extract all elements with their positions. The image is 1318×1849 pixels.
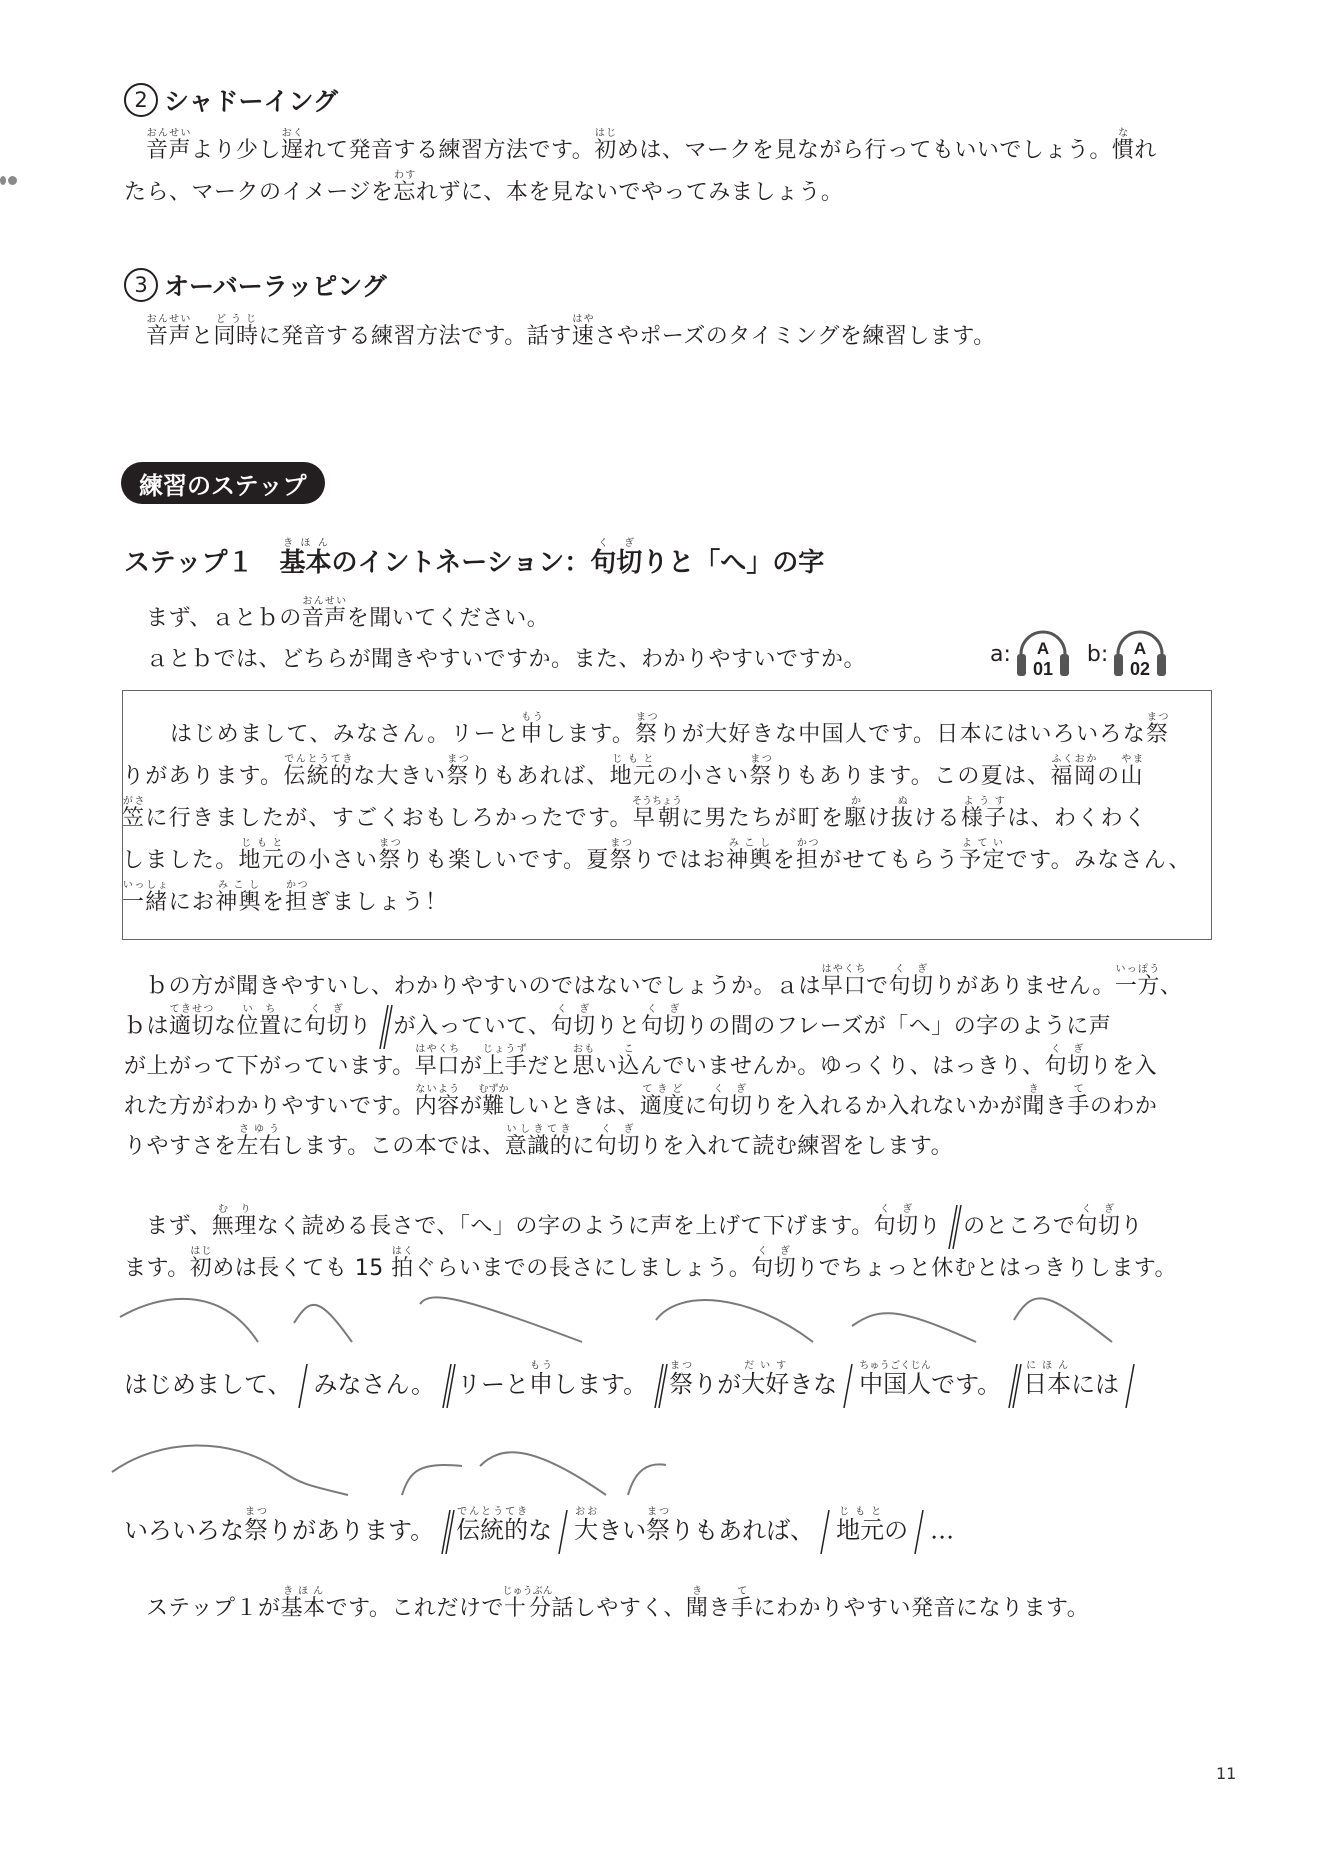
headphone-icon[interactable]: A 01 [1013,624,1073,684]
ruby-word: 一方いっぽう [1115,974,1160,999]
ruby-word: 句切くぎ [874,1214,919,1239]
step-1-intro-line-1: まず、ａとｂの音声おんせいを聞いてください。 [146,596,549,639]
ruby-word: 早朝そうちょう [633,806,681,831]
headphone-icon[interactable]: A 02 [1110,624,1170,684]
double-slash-mark [647,1364,669,1408]
phrase-chunk: 伝統的でんとうてきな [456,1516,552,1544]
ruby-word: 神輿みこし [726,848,773,873]
audio-track-a[interactable]: a: A 01 [990,624,1073,684]
ruby-word: 祭まつ [378,848,401,873]
ruby-word: 地元じもと [239,848,286,873]
section-2-title: シャドーイング [164,82,338,118]
ruby-word: 十分じゅうぶん [504,1596,552,1621]
single-slash-mark [814,1510,836,1554]
ruby-word: 山やま [1120,764,1143,789]
ruby-word: 中国人ちゅうごくじん [859,1370,931,1398]
ruby-word: 基本きほん [279,548,331,578]
ruby-word: 一緒いっしょ [122,890,169,915]
ruby-word: 手て [731,1596,754,1621]
phrase-chunk: 中国人ちゅうごくじんです。 [859,1370,1001,1398]
ruby-word: 日本にほん [1023,1370,1071,1398]
ruby-word: 聞き [1022,1094,1045,1119]
ruby-word: 句切くぎ [751,1256,796,1281]
phrase-chunk: はじめまして、 [124,1370,292,1398]
ruby-word: 祭まつ [1146,722,1169,747]
ruby-word: 祭まつ [610,848,633,873]
practice-steps-label: 練習のステップ [121,462,325,504]
circled-number-3: 3 [124,268,158,302]
ruby-word: 福岡ふくおか [1051,764,1098,789]
double-slash-mark [372,1005,394,1049]
instruction-line-2: ます。初はじめは長くても 15 拍はくぐらいまでの長さにしましょう。句切くぎりで… [124,1246,1177,1289]
ruby-word: 拍はく [391,1256,414,1281]
ruby-word: 早口はやくち [415,1054,460,1079]
ruby-word: 早口はやくち [821,974,866,999]
svg-text:A: A [1134,639,1146,658]
explanation-line-4: れた方がわかりやすいです。内容ないようが難むずかしいときは、適度てきどに句切くぎ… [124,1084,1157,1127]
explanation-line-3: が上がって下がっています。早口はやくちが上手じょうずだと思おもい込こんでいません… [124,1044,1157,1087]
section-3-heading: 3 オーバーラッピング [124,267,387,303]
ruby-word: 様子ようす [961,806,1008,831]
section-3-title: オーバーラッピング [164,267,387,303]
phrase-chunk: いろいろな祭まつりがあります。 [124,1516,434,1544]
explanation-line-1: ｂの方が聞きやすいし、わかりやすいのではないでしょうか。ａは早口はやくちで句切く… [146,964,1182,1007]
sample-passage-line-2: りがあります。伝統的でんとうてきな大きい祭まつりもあれば、地元じもとの小さい祭ま… [122,754,1144,798]
step-1-intro-line-2: ａとｂでは、どちらが聞きやすいですか。また、わかりやすいですか。 [146,640,866,680]
chunked-example-line-2: いろいろな祭まつりがあります。伝統的でんとうてきな大おおきい祭まつりもあれば、地… [124,1506,954,1554]
phrase-chunk: リーと申もうします。 [457,1370,647,1398]
ruby-word: 遅おく [281,138,304,163]
ruby-word: 初はじ [190,1256,213,1281]
ruby-word: 伝統的でんとうてき [283,764,353,789]
ruby-word: 句切くぎ [590,548,642,578]
ruby-word: 地元じもと [836,1516,884,1544]
ruby-word: 思おも [572,1054,595,1079]
ruby-word: 抜ぬ [891,806,914,831]
ruby-word: 手て [1067,1094,1090,1119]
phrase-chunk: … [930,1516,954,1544]
ruby-word: 祭まつ [244,1516,268,1544]
double-slash-mark [1001,1364,1023,1408]
ruby-word: 無理むり [212,1214,257,1239]
instruction-line-1: まず、無理むりなく読める長さで、「へ」の字のように声を上げて下げます。句切くぎり… [146,1204,1143,1249]
ruby-word: 句切くぎ [707,1094,752,1119]
ruby-word: 音声おんせい [146,138,191,163]
ruby-word: 祭まつ [669,1370,693,1398]
ruby-word: 申もう [520,722,543,747]
ruby-word: 忘わす [393,180,416,205]
ruby-word: 大好だいす [741,1370,789,1398]
single-slash-mark [1119,1364,1141,1408]
double-slash-mark [435,1364,457,1408]
ruby-word: 句切くぎ [1075,1214,1120,1239]
chunked-example-line-1: はじめまして、みなさん。リーと申もうします。祭まつりが大好だいすきな中国人ちゅう… [124,1360,1141,1408]
svg-text:A: A [1037,639,1049,658]
svg-text:01: 01 [1033,659,1053,679]
ruby-word: 祭まつ [646,1516,670,1544]
intonation-curves-line-2 [100,1440,1000,1500]
ruby-word: 担かつ [796,848,819,873]
ruby-word: 祭まつ [635,722,658,747]
audio-track-b[interactable]: b: A 02 [1087,624,1170,684]
ruby-word: 内容ないよう [415,1094,460,1119]
ruby-word: 基本きほん [281,1596,326,1621]
explanation-line-2: ｂは適切てきせつな位置いちに句切くぎりが入っていて、句切くぎりと句切くぎりの間の… [124,1004,1111,1049]
step-1-title: ステップ１ 基本きほんのイントネーション：句切くぎりと「へ」の字 [124,538,824,579]
intonation-curves-line-1 [100,1290,1160,1360]
ruby-word: 担かつ [285,890,308,915]
ruby-word: 初はじ [594,138,617,163]
ruby-word: 地元じもと [610,764,657,789]
ruby-word: 込こ [617,1054,640,1079]
ruby-word: 神輿みこし [215,890,262,915]
explanation-line-5: りやすさを左右さゆうします。この本では、意識的いしきてきに句切くぎりを入れて読む… [124,1124,953,1167]
ruby-word: 同時どうじ [214,324,259,349]
svg-text:02: 02 [1130,659,1150,679]
phrase-chunk: 地元じもとの [836,1516,908,1544]
ruby-word: 句切くぎ [595,1134,640,1159]
ruby-word: 難むずか [482,1094,505,1119]
ruby-word: 上手じょうず [482,1054,527,1079]
ruby-word: 予定よてい [959,848,1006,873]
section-2-body-line-1: 音声おんせいより少し遅おくれて発音する練習方法です。初はじめは、マークを見ながら… [146,128,1157,171]
page-number: 11 [1216,1764,1236,1783]
ruby-word: 慣な [1112,138,1135,163]
ruby-word: 位置いち [237,1014,282,1039]
sample-passage-line-1: はじめまして、みなさん。リーと申もうします。祭まつりが大好きな中国人です。日本に… [170,712,1169,756]
ruby-word: 左右さゆう [237,1134,282,1159]
double-slash-mark [434,1510,456,1554]
section-2-heading: 2 シャドーイング [124,82,338,118]
margin-dot [8,176,17,185]
ruby-word: 音声おんせい [146,324,191,349]
ruby-word: 速はや [572,324,595,349]
ruby-word: 句切くぎ [1045,1054,1090,1079]
ruby-word: 意識的いしきてき [505,1134,573,1159]
ruby-word: 音声おんせい [302,606,347,631]
ruby-word: 駆か [844,806,867,831]
sample-passage-line-3: 笠がさに行きましたが、すごくおもしろかったです。早朝そうちょうに男たちが町を駆か… [122,796,1147,840]
ruby-word: 句切くぎ [304,1014,349,1039]
phrase-chunk: みなさん。 [314,1370,435,1398]
circled-number-2: 2 [124,83,158,117]
ruby-word: 句切くぎ [551,1014,596,1039]
phrase-chunk: 大おおきい祭まつりもあれば、 [574,1516,814,1544]
ruby-word: 聞き [686,1596,709,1621]
sample-passage-line-5: 一緒いっしょにお神輿みこしを担かつぎましょう！ [122,880,448,924]
audio-track-list: a: A 01 b: A 02 [990,624,1170,684]
single-slash-mark [552,1510,574,1554]
ruby-word: 句切くぎ [641,1014,686,1039]
margin-dot [0,176,6,185]
ruby-word: 大おお [574,1516,598,1544]
sample-passage-line-4: しました。地元じもとの小さい祭まつりも楽しいです。夏祭まつりではお神輿みこしを担… [122,838,1192,882]
ruby-word: 笠がさ [122,806,145,831]
ruby-word: 適度てきど [640,1094,685,1119]
ruby-word: 伝統的でんとうてき [456,1516,528,1544]
ruby-word: 祭まつ [446,764,469,789]
single-slash-mark [292,1364,314,1408]
ruby-word: 申もう [529,1370,553,1398]
single-slash-mark [837,1364,859,1408]
conclusion-line: ステップ１が基本きほんです。これだけで十分じゅうぶん話しやすく、聞きき手てにわか… [146,1586,1089,1629]
section-2-body-line-2: たら、マークのイメージを忘わすれずに、本を見ないでやってみましょう。 [124,170,843,213]
double-slash-mark [941,1205,963,1249]
single-slash-mark [908,1510,930,1554]
ruby-word: 句切くぎ [889,974,934,999]
ruby-word: 適切てきせつ [169,1014,214,1039]
section-3-body-line-1: 音声おんせいと同時どうじに発音する練習方法です。話す速はやさやポーズのタイミング… [146,314,996,357]
ruby-word: 祭まつ [749,764,772,789]
phrase-chunk: 日本にほんには [1023,1370,1119,1398]
phrase-chunk: 祭まつりが大好だいすきな [669,1370,837,1398]
